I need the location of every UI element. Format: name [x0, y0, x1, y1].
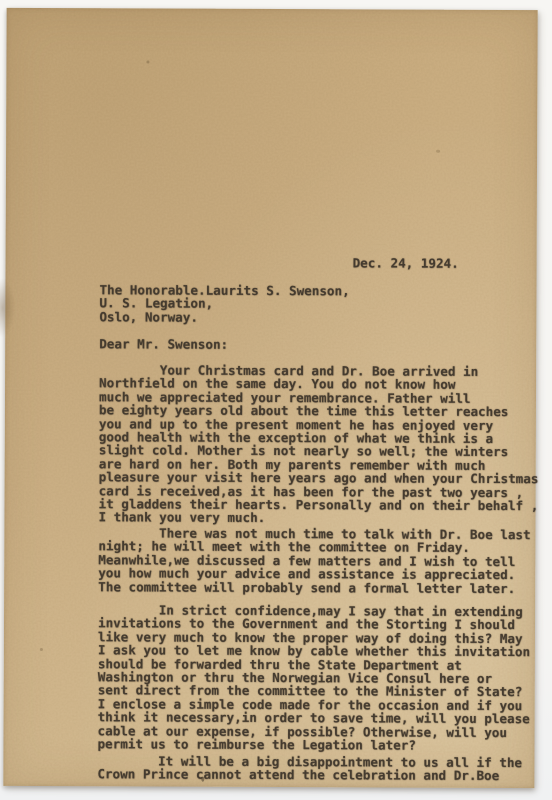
paper-speck — [146, 60, 149, 63]
letter-paragraph-3: In strict confidence,may I say that in e… — [97, 603, 530, 752]
recipient-address: The Honorable.Laurits S. Swenson, U. S. … — [99, 283, 349, 324]
paper-speck — [436, 150, 440, 153]
letter-page: Dec. 24, 1924. The Honorable.Laurits S. … — [3, 8, 537, 788]
salutation: Dear Mr. Swenson: — [99, 337, 228, 351]
letter-paragraph-2: There was not much time to talk with Dr.… — [98, 526, 530, 595]
paper-speck — [40, 648, 43, 651]
scan-background: Dec. 24, 1924. The Honorable.Laurits S. … — [0, 0, 552, 800]
paper-edge-stain — [0, 278, 16, 338]
letter-paragraph-1: Your Christmas card and Dr. Boe arrived … — [98, 363, 538, 526]
letter-date: Dec. 24, 1924. — [353, 256, 459, 270]
letter-paragraph-4: It will be a big disappointment to us al… — [97, 754, 522, 783]
